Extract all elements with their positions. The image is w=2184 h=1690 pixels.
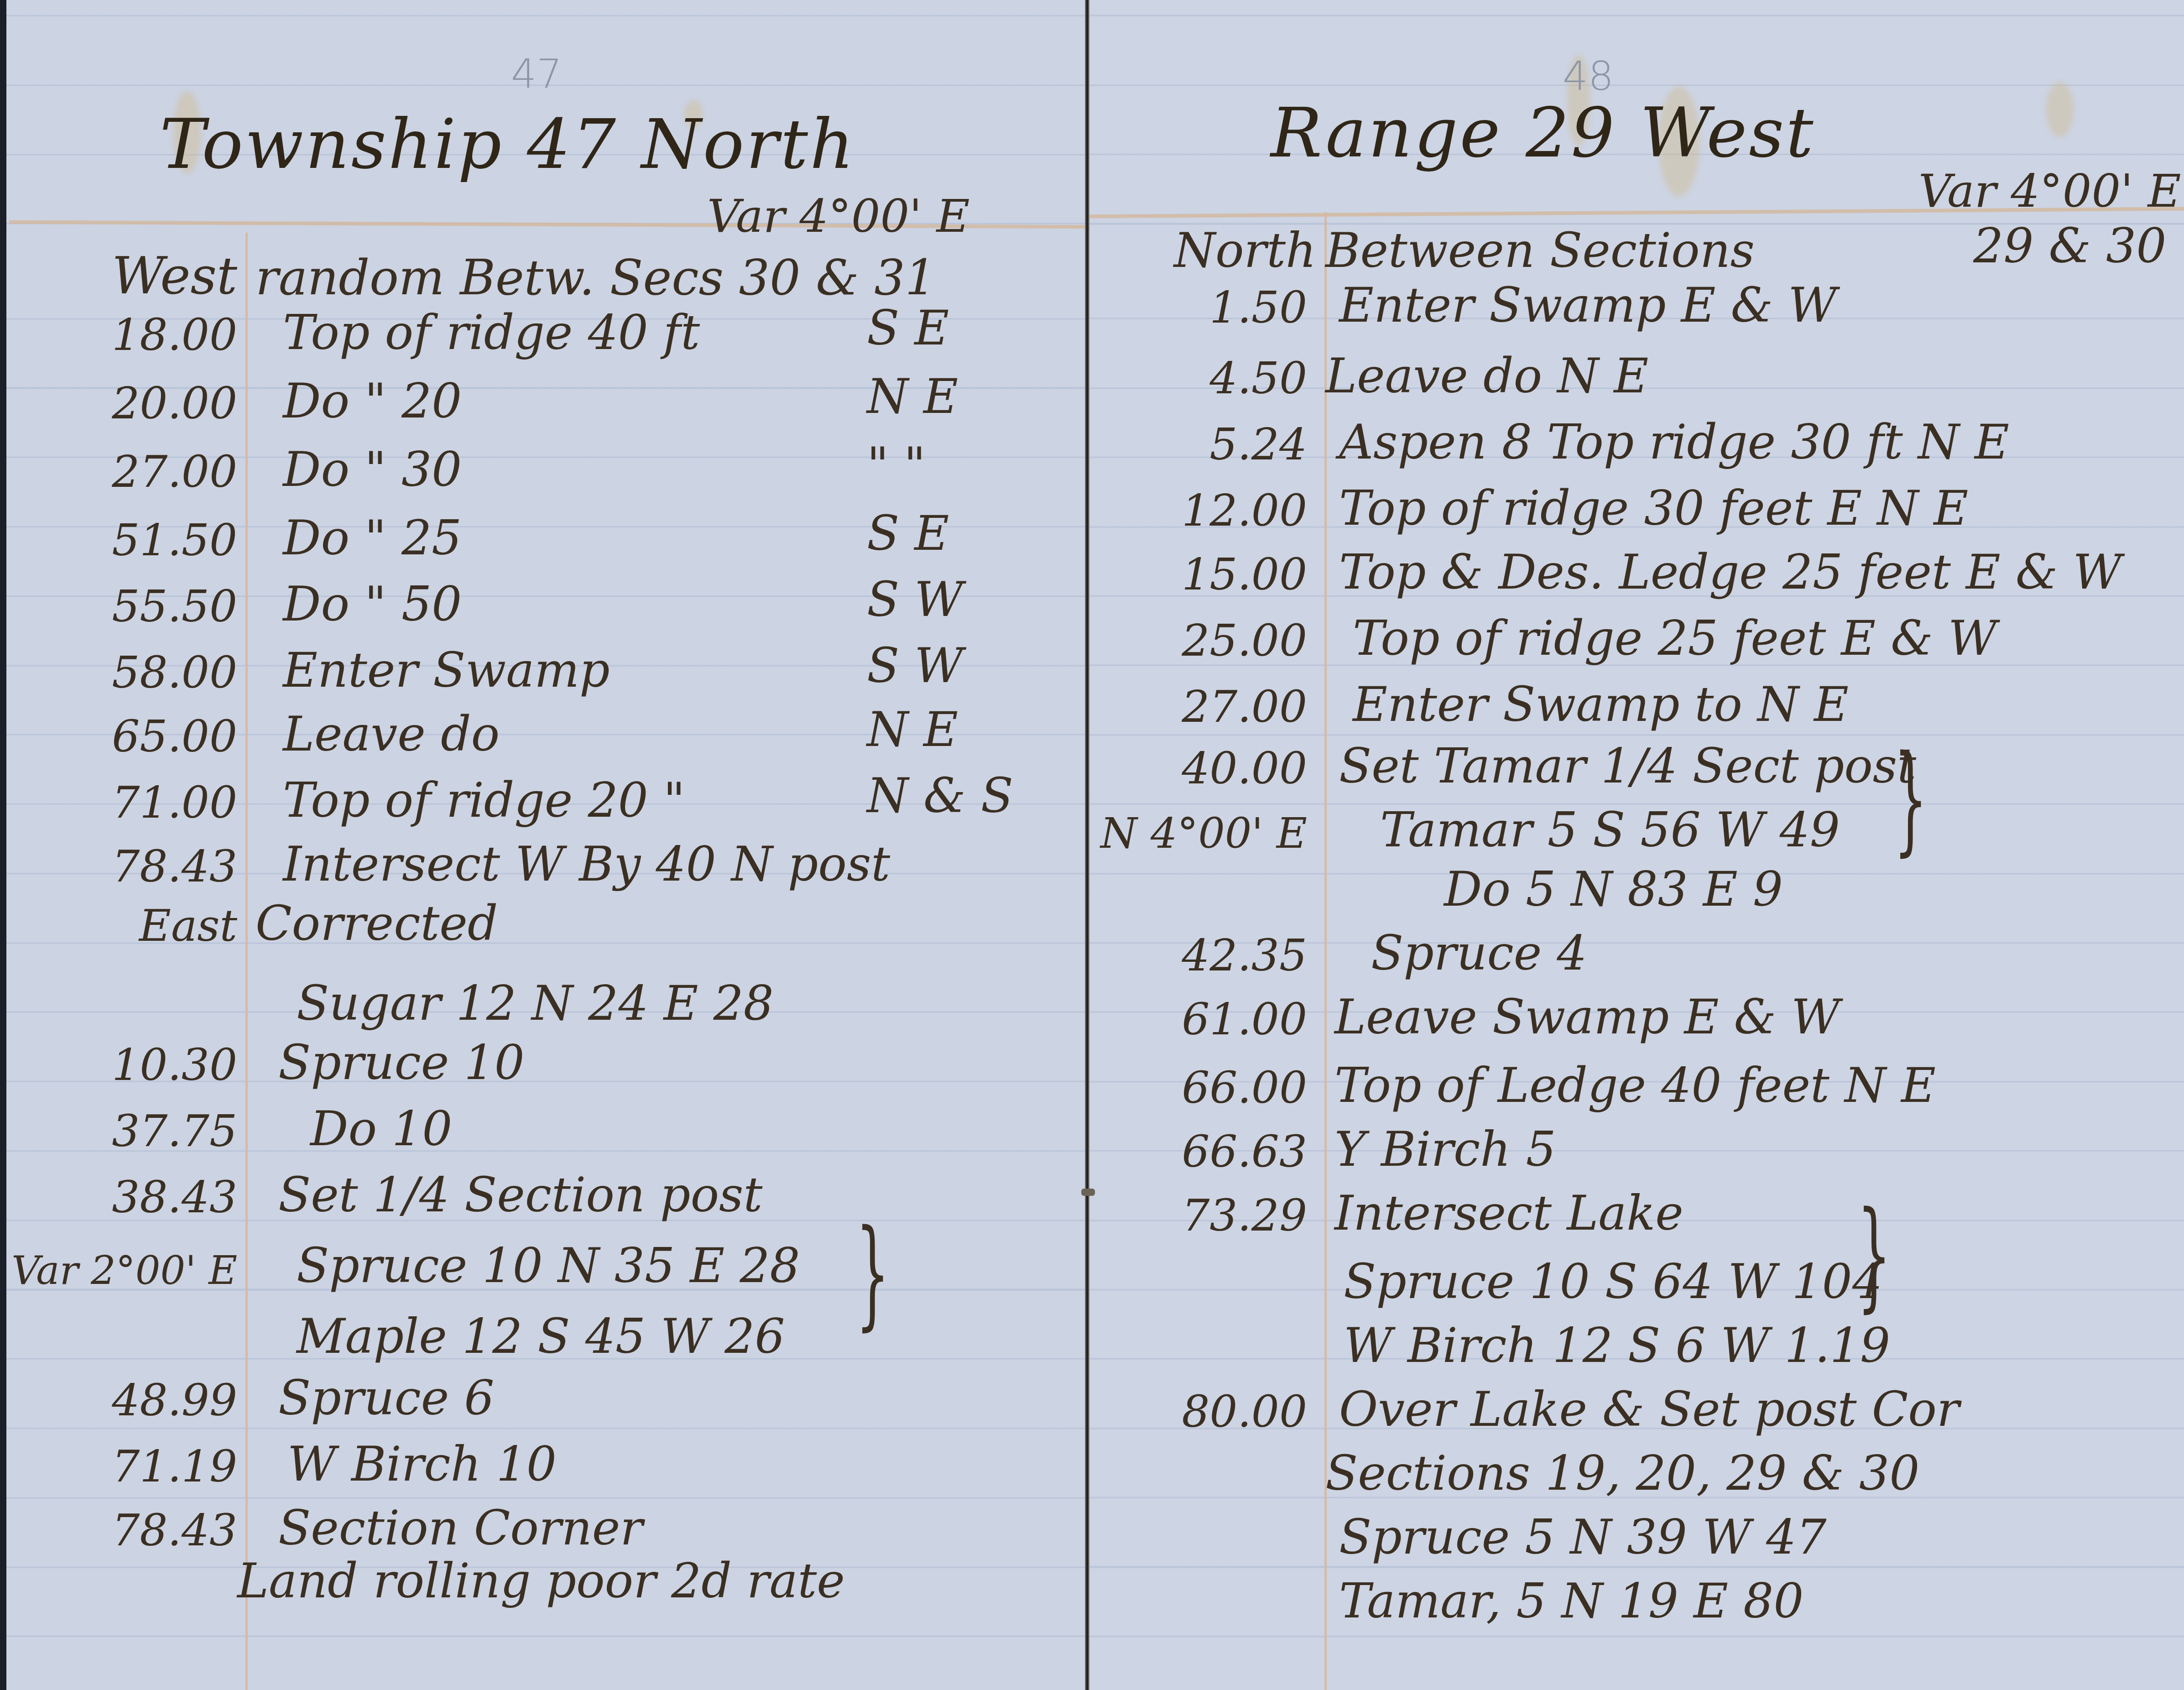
notebook-spread: 47 Township 47 North Var 4°00' E West ra…: [0, 0, 2184, 1690]
entry-row: 66.00 Top of Ledge 40 feet N E: [1088, 1045, 1936, 1113]
chain-value: 40.00: [1088, 743, 1307, 794]
entry-row: East Corrected: [0, 883, 1088, 951]
entry-row: 4.50 Leave do N E: [1088, 335, 1648, 404]
entry-row: 80.00 Over Lake & Set post Cor: [1088, 1369, 1960, 1437]
chain-value: 73.29: [1088, 1190, 1307, 1241]
chain-value: 42.35: [1088, 930, 1307, 981]
entry-row: 10.30 Spruce 10: [0, 1022, 1088, 1090]
entry-text: Top of ridge 40 ft: [283, 305, 700, 360]
entry-row: 12.00 Top of ridge 30 feet E N E: [1088, 468, 1968, 536]
chain-value: 61.00: [1088, 994, 1307, 1045]
entry-text: Do " 20: [283, 373, 462, 429]
entry-row: Var 2°00' E Spruce 10 N 35 E 28: [0, 1225, 1088, 1294]
entry-row: Do 5 N 83 E 9: [1088, 849, 1783, 917]
entry-direction: S W: [867, 572, 963, 627]
entry-text: Do " 50: [283, 576, 462, 632]
entry-text: Set 1/4 Section post: [278, 1167, 762, 1223]
entry-direction: S E: [867, 300, 949, 356]
binding-stitch: [1081, 1189, 1095, 1196]
bearing-tree-brace: }: [855, 1205, 889, 1342]
entry-text: W Birch 10: [287, 1436, 557, 1492]
chain-value: 55.50: [0, 581, 237, 632]
bearing-tree-brace: }: [1857, 1186, 1891, 1324]
entry-row: 15.00 Top & Des. Ledge 25 feet E & W: [1088, 532, 2121, 600]
entry-direction: N E: [867, 702, 958, 757]
chain-value: 66.00: [1088, 1062, 1307, 1113]
entry-row: W Birch 12 S 6 W 1.19: [1088, 1305, 1890, 1373]
chain-value: 71.19: [0, 1441, 237, 1492]
entry-text: Sections 19, 20, 29 & 30: [1325, 1445, 1919, 1501]
right-page: 48 Range 29 West Var 4°00' E North Betwe…: [1088, 0, 2184, 1690]
entry-row: Spruce 10 S 64 W 104: [1088, 1241, 1882, 1309]
entry-text: Maple 12 S 45 W 26: [297, 1309, 785, 1364]
entry-text: Spruce 10 S 64 W 104: [1344, 1254, 1882, 1309]
chain-value: 37.75: [0, 1106, 237, 1157]
entry-row: 27.00 Do " 30 " ": [0, 429, 1088, 497]
chain-value: 18.00: [0, 309, 237, 360]
entry-text: Top of Ledge 40 feet N E: [1334, 1058, 1936, 1113]
entry-row: 27.00 Enter Swamp to N E: [1088, 664, 1849, 732]
entry-direction: " ": [867, 437, 926, 493]
entry-text: Enter Swamp E & W: [1339, 277, 1837, 333]
entry-row: 78.43 Intersect W By 40 N post: [0, 824, 1088, 892]
entry-row: 20.00 Do " 20 N E: [0, 360, 1088, 429]
chain-value: 38.43: [0, 1172, 237, 1223]
entry-row: 55.50 Do " 50 S W: [0, 563, 1088, 632]
entry-text: Leave do: [283, 706, 500, 762]
entry-row: 51.50 Do " 25 S E: [0, 497, 1088, 566]
entry-text: Do " 30: [283, 442, 462, 497]
entry-row: Maple 12 S 45 W 26: [0, 1296, 1088, 1364]
entry-text: Leave do N E: [1325, 348, 1648, 404]
entry-text: Spruce 10: [278, 1035, 525, 1090]
entry-direction: N & S: [867, 768, 1013, 824]
entry-row: 78.43 Section Corner: [0, 1487, 1088, 1556]
entry-row: 38.43 Set 1/4 Section post: [0, 1154, 1088, 1223]
chain-value: 25.00: [1088, 615, 1307, 666]
chain-value: 15.00: [1088, 549, 1307, 600]
chain-value: 27.00: [1088, 681, 1307, 732]
entry-text: Intersect Lake: [1334, 1185, 1684, 1241]
entry-text: Over Lake & Set post Cor: [1339, 1382, 1960, 1437]
entry-row: Sections 19, 20, 29 & 30: [1088, 1433, 1919, 1501]
bearing-tree-brace: }: [1893, 730, 1927, 868]
chain-value: 78.43: [0, 1505, 237, 1556]
entry-text: Enter Swamp: [283, 642, 610, 698]
entry-text: Do 5 N 83 E 9: [1444, 861, 1783, 917]
section-numbers: 29 & 30: [1973, 218, 2166, 274]
entry-direction: S E: [867, 506, 949, 561]
entry-row: 37.75 Do 10: [0, 1088, 1088, 1157]
chain-value: 20.00: [0, 378, 237, 429]
chain-value: 10.30: [0, 1039, 237, 1090]
entry-row: N 4°00' E Tamar 5 S 56 W 49: [1088, 789, 1840, 858]
paper-stain: [2046, 82, 2074, 137]
chain-value: 5.24: [1088, 419, 1307, 470]
left-page: 47 Township 47 North Var 4°00' E West ra…: [0, 0, 1088, 1690]
entry-direction: S W: [867, 638, 963, 694]
page-number: 48: [1563, 52, 1614, 99]
entry-row: 65.00 Leave do N E: [0, 694, 1088, 762]
entry-text: Corrected: [255, 896, 498, 951]
entry-text: W Birch 12 S 6 W 1.19: [1344, 1318, 1890, 1373]
chain-value: 48.99: [0, 1375, 237, 1426]
summary-block: Land rolling poor 2d rate: [237, 1547, 845, 1615]
entry-text: Spruce 10 N 35 E 28: [297, 1238, 800, 1294]
entry-text: Aspen 8 Top ridge 30 ft N E: [1339, 414, 2009, 470]
entry-text: Tamar, 5 N 19 E 80: [1339, 1573, 1803, 1629]
page-title: Township 47 North: [160, 105, 856, 184]
chain-value: 71.00: [0, 777, 237, 828]
entry-text: Enter Swamp to N E: [1353, 677, 1849, 732]
chain-value: 1.50: [1088, 282, 1307, 333]
chain-value: 51.50: [0, 515, 237, 566]
entry-text: Leave Swamp E & W: [1334, 989, 1840, 1045]
book-spine: [1085, 0, 1089, 1690]
entry-row: 66.63 Y Birch 5: [1088, 1109, 1556, 1177]
entry-text: Spruce 6: [278, 1370, 495, 1426]
entry-row: 42.35 Spruce 4: [1088, 913, 1587, 981]
entry-row: 73.29 Intersect Lake: [1088, 1173, 1684, 1241]
entry-row: 40.00 Set Tamar 1/4 Sect post: [1088, 725, 1916, 794]
entry-text: Top of ridge 20 ": [283, 772, 685, 828]
variation-note: Var 4°00' E: [707, 189, 970, 243]
entry-row: 18.00 Top of ridge 40 ft S E: [0, 292, 1088, 360]
entry-text: Spruce 5 N 39 W 47: [1339, 1509, 1826, 1565]
entry-text: Spruce 4: [1371, 925, 1587, 981]
entry-row: 61.00 Leave Swamp E & W: [1088, 976, 1840, 1045]
entry-row: 25.00 Top of ridge 25 feet E & W: [1088, 598, 1997, 666]
chain-value: 65.00: [0, 711, 237, 762]
entry-text: Do 10: [310, 1101, 452, 1157]
variation-value: Var 2°00' E: [0, 1248, 237, 1294]
entry-text: Do " 25: [283, 510, 462, 566]
entry-direction: N E: [867, 369, 958, 424]
entry-row: Sugar 12 N 24 E 28: [0, 963, 1088, 1031]
entry-row: 71.00 Top of ridge 20 " N & S: [0, 760, 1088, 828]
chain-value: East: [0, 900, 237, 951]
chain-value: 58.00: [0, 647, 237, 698]
summary-line: Land rolling poor 2d rate: [237, 1547, 845, 1615]
chain-value: 80.00: [1088, 1386, 1307, 1437]
entry-text: Top & Des. Ledge 25 feet E & W: [1339, 544, 2121, 600]
entry-text: Top of ridge 25 feet E & W: [1353, 610, 1997, 666]
entry-row: 71.19 W Birch 10: [0, 1424, 1088, 1492]
chain-value: 12.00: [1088, 485, 1307, 536]
entry-row: 5.24 Aspen 8 Top ridge 30 ft N E: [1088, 402, 2009, 470]
entry-row: 58.00 Enter Swamp S W: [0, 630, 1088, 698]
page-title: Range 29 West: [1271, 94, 1815, 173]
chain-value: 66.63: [1088, 1126, 1307, 1177]
page-number: 47: [511, 50, 562, 97]
entry-row: Spruce 5 N 39 W 47: [1088, 1497, 1826, 1565]
entry-text: Top of ridge 30 feet E N E: [1339, 480, 1968, 536]
entry-text: Y Birch 5: [1334, 1121, 1556, 1177]
entry-row: 1.50 Enter Swamp E & W: [1088, 265, 1837, 333]
entry-text: Set Tamar 1/4 Sect post: [1339, 738, 1916, 794]
entry-row: 48.99 Spruce 6: [0, 1357, 1088, 1426]
chain-value: 4.50: [1088, 353, 1307, 404]
chain-value: 27.00: [0, 446, 237, 497]
entry-row: Tamar, 5 N 19 E 80: [1088, 1560, 1803, 1629]
